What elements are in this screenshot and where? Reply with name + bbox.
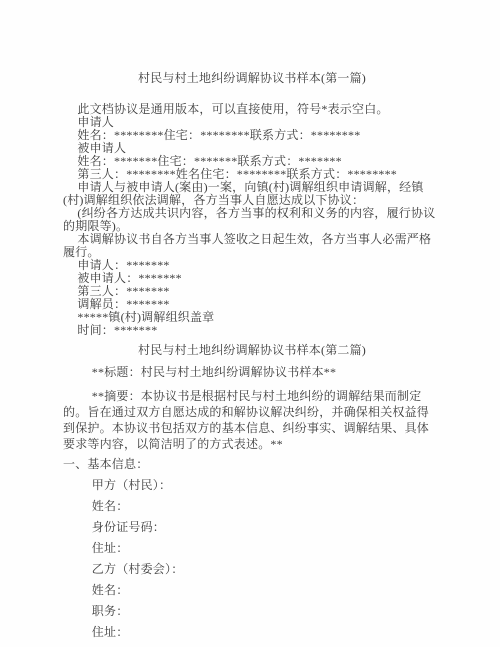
- field-name-a: 姓名：: [63, 500, 441, 513]
- field-party-b: 乙方（村委会）：: [63, 563, 441, 576]
- document-content: 村民与村土地纠纷调解协议书样本(第一篇) 此文档协议是通用版本，可以直接使用，符…: [63, 72, 441, 647]
- field-party-a: 甲方（村民）：: [63, 479, 441, 492]
- part1-title: 村民与村土地纠纷调解协议书样本(第一篇): [63, 72, 441, 85]
- section-basic-info: 一、基本信息：: [63, 458, 441, 471]
- field-position: 职务：: [63, 605, 441, 618]
- part2-heading-line: **标题：村民与村土地纠纷调解协议书样本**: [63, 366, 441, 379]
- intro-note: 此文档协议是通用版本，可以直接使用，符号*表示空白。: [63, 103, 441, 116]
- sign-time: 时间：*******: [63, 324, 441, 337]
- part2-abstract: **摘要：本协议书是根据村民与村土地纠纷的调解结果而制定的。旨在通过双方自愿达成…: [63, 388, 441, 452]
- consensus-note: (纠纷各方达成共识内容，各方当事的权利和义务的内容，履行协议的期限等)。: [63, 207, 441, 233]
- effective-clause: 本调解协议书自各方当事人签收之日起生效，各方当事人必需严格履行。: [63, 233, 441, 259]
- part2-title: 村民与村土地纠纷调解协议书样本(第二篇): [63, 344, 441, 357]
- case-paragraph: 申请人与被申请人(案由)一案，向镇(村)调解组织申请调解，经镇(村)调解组织依法…: [63, 181, 441, 207]
- field-name-b: 姓名：: [63, 584, 441, 597]
- document-page: 村民与村土地纠纷调解协议书样本(第一篇) 此文档协议是通用版本，可以直接使用，符…: [0, 0, 500, 647]
- field-address-b: 住址：: [63, 626, 441, 639]
- field-address-a: 住址：: [63, 542, 441, 555]
- field-id-number: 身份证号码：: [63, 521, 441, 534]
